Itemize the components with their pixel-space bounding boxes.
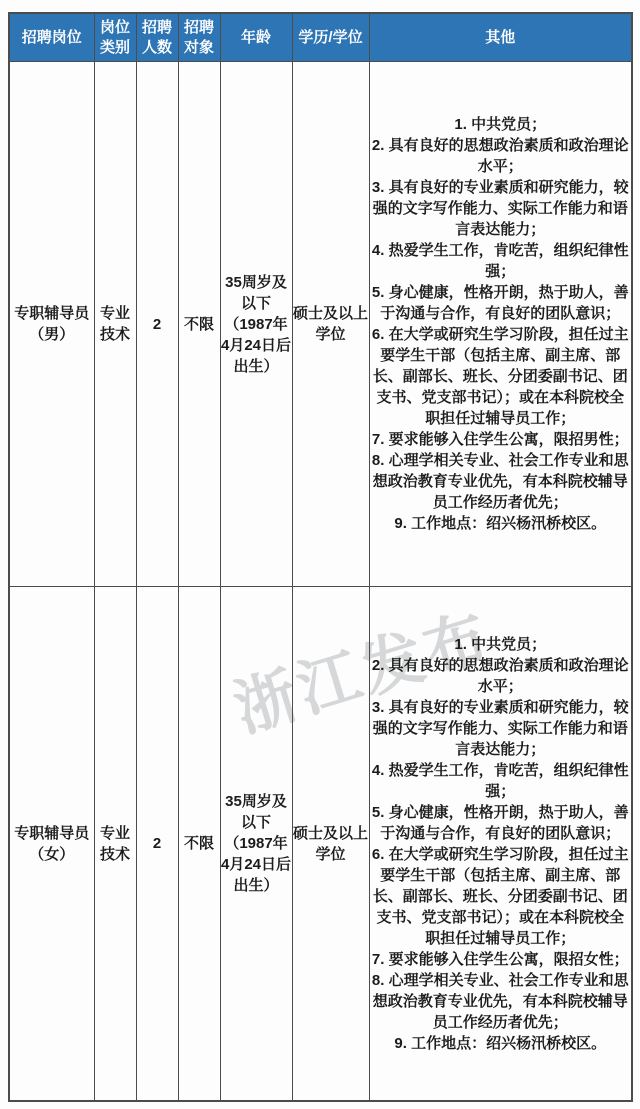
requirement-item: 9. 工作地点：绍兴杨汛桥校区。 [370,513,632,534]
cell-other-requirements: 1. 中共党员； 2. 具有良好的思想政治素质和政治理论水平； 3. 具有良好的… [369,62,632,587]
cell-other-requirements: 1. 中共党员； 2. 具有良好的思想政治素质和政治理论水平； 3. 具有良好的… [369,587,632,1102]
page: 浙江发布 招聘岗位 岗位类别 招聘人数 招聘对象 年龄 学历/学位 其他 专职辅… [0,0,640,1109]
requirement-item: 8. 心理学相关专业、社会工作专业和思想政治教育专业优先，有本科院校辅导员工作经… [370,970,632,1033]
header-cell-age: 年龄 [220,13,292,62]
requirement-item: 1. 中共党员； [370,634,632,655]
requirement-item: 2. 具有良好的思想政治素质和政治理论水平； [370,655,632,697]
header-cell-position: 招聘岗位 [9,13,94,62]
requirement-item: 7. 要求能够入住学生公寓，限招男性； [370,429,632,450]
cell-age: 35周岁及以下（1987年4月24日后出生） [220,587,292,1102]
cell-target: 不限 [178,587,220,1102]
requirement-item: 9. 工作地点：绍兴杨汛桥校区。 [370,1033,632,1054]
requirement-item: 7. 要求能够入住学生公寓，限招女性； [370,949,632,970]
requirement-item: 4. 热爱学生工作，肯吃苦，组织纪律性强； [370,760,632,802]
requirement-item: 6. 在大学或研究生学习阶段，担任过主要学生干部（包括主席、副主席、部长、副部长… [370,324,632,429]
requirement-item: 6. 在大学或研究生学习阶段，担任过主要学生干部（包括主席、副主席、部长、副部长… [370,844,632,949]
cell-education: 硕士及以上学位 [292,62,369,587]
cell-position: 专职辅导员（男） [9,62,94,587]
requirement-item: 5. 身心健康，性格开朗，热于助人，善于沟通与合作，有良好的团队意识； [370,802,632,844]
header-cell-target: 招聘对象 [178,13,220,62]
cell-headcount: 2 [136,587,178,1102]
cell-category: 专业技术 [94,62,136,587]
header-cell-category: 岗位类别 [94,13,136,62]
recruitment-table: 招聘岗位 岗位类别 招聘人数 招聘对象 年龄 学历/学位 其他 专职辅导员（男）… [8,12,633,1102]
table-row-female-counselor: 专职辅导员（女） 专业技术 2 不限 35周岁及以下（1987年4月24日后出生… [9,587,632,1102]
header-cell-other: 其他 [369,13,632,62]
table-row-male-counselor: 专职辅导员（男） 专业技术 2 不限 35周岁及以下（1987年4月24日后出生… [9,62,632,587]
requirement-item: 8. 心理学相关专业、社会工作专业和思想政治教育专业优先，有本科院校辅导员工作经… [370,450,632,513]
header-cell-education: 学历/学位 [292,13,369,62]
cell-target: 不限 [178,62,220,587]
requirement-item: 2. 具有良好的思想政治素质和政治理论水平； [370,135,632,177]
requirement-item: 5. 身心健康，性格开朗，热于助人，善于沟通与合作，有良好的团队意识； [370,282,632,324]
cell-education: 硕士及以上学位 [292,587,369,1102]
cell-category: 专业技术 [94,587,136,1102]
header-cell-headcount: 招聘人数 [136,13,178,62]
table-header-row: 招聘岗位 岗位类别 招聘人数 招聘对象 年龄 学历/学位 其他 [9,13,632,62]
cell-age: 35周岁及以下（1987年4月24日后出生） [220,62,292,587]
requirement-item: 3. 具有良好的专业素质和研究能力，较强的文字写作能力、实际工作能力和语言表达能… [370,697,632,760]
cell-headcount: 2 [136,62,178,587]
requirement-item: 1. 中共党员； [370,114,632,135]
cell-position: 专职辅导员（女） [9,587,94,1102]
requirement-item: 4. 热爱学生工作，肯吃苦，组织纪律性强； [370,240,632,282]
requirement-item: 3. 具有良好的专业素质和研究能力，较强的文字写作能力、实际工作能力和语言表达能… [370,177,632,240]
